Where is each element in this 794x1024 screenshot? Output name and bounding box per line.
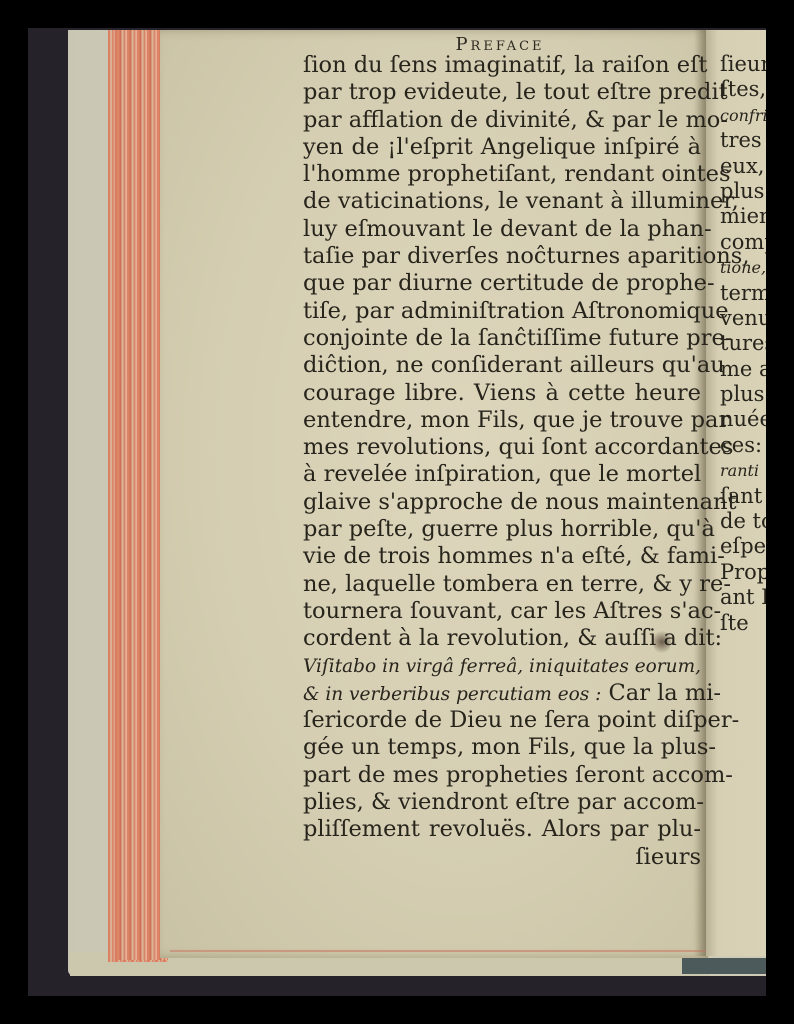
text-line: ſion du ſens imaginatif, la raiſon eſt [303,52,701,79]
scan-border-top [0,0,794,28]
text-line: tournera ſouvant, car les Aſtres s'ac- [303,598,701,625]
catchword: ſieurs [303,844,701,871]
text-line: à revelée inſpiration, que le mortel [303,461,701,488]
text-line: glaive s'approche de nous maintenant [303,489,701,516]
text-line: plies, & viendront eſtre par accom- [303,789,701,816]
text-line: diĉtion, ne conſiderant ailleurs qu'au [303,352,701,379]
text-line: taſie par diverſes noĉturnes aparitions, [303,243,701,270]
left-page-text: ſion du ſens imaginatif, la raiſon eſtpa… [303,52,701,871]
text-line: Viſitabo in virgâ ferreâ, iniquitates eo… [303,653,701,680]
scan-border-left [0,0,28,1024]
text-line: luy eſmouvant le devant de la phan- [303,216,701,243]
page-bottom-edge [170,950,710,952]
text-line: courage libre. Viens à cette heure [303,380,701,407]
text-line: de vaticinations, le venant à illuminer, [303,188,701,215]
text-line: ſericorde de Dieu ne ſera point diſper- [303,707,701,734]
spine-label-strip [682,958,767,974]
text-line: ne, laquelle tombera en terre, & y re- [303,571,701,598]
text-line: par peſte, guerre plus horrible, qu'à [303,516,701,543]
text-line: par trop evideute, le tout eſtre predit [303,79,701,106]
text-line: tiſe, par adminiſtration Aſtronomique [303,298,701,325]
text-line: l'homme prophetiſant, rendant ointes [303,161,701,188]
text-line: & in verberibus percutiam eos : Car la m… [303,680,701,707]
scan-border-bottom [0,996,794,1024]
scan-border-right [766,0,794,1024]
text-line: mes revolutions, qui ſont accordantes [303,434,701,461]
text-line: vie de trois hommes n'a eſté, & fami- [303,543,701,570]
text-line: par afflation de divinité, & par le mo- [303,107,701,134]
text-line: conjointe de la ſanĉtiſſime future pre- [303,325,701,352]
text-line: pliſſement revoluës. Alors par plu- [303,816,701,843]
text-line: gée un temps, mon Fils, que la plus- [303,734,701,761]
text-line: cordent à la revolution, & auſſi a dit: [303,625,701,652]
text-line: que par diurne certitude de prophe- [303,270,701,297]
text-line: yen de ¡l'eſprit Angelique inſpiré à [303,134,701,161]
text-line: entendre, mon Fils, que je trouve par [303,407,701,434]
text-line: part de mes propheties ſeront accom- [303,762,701,789]
